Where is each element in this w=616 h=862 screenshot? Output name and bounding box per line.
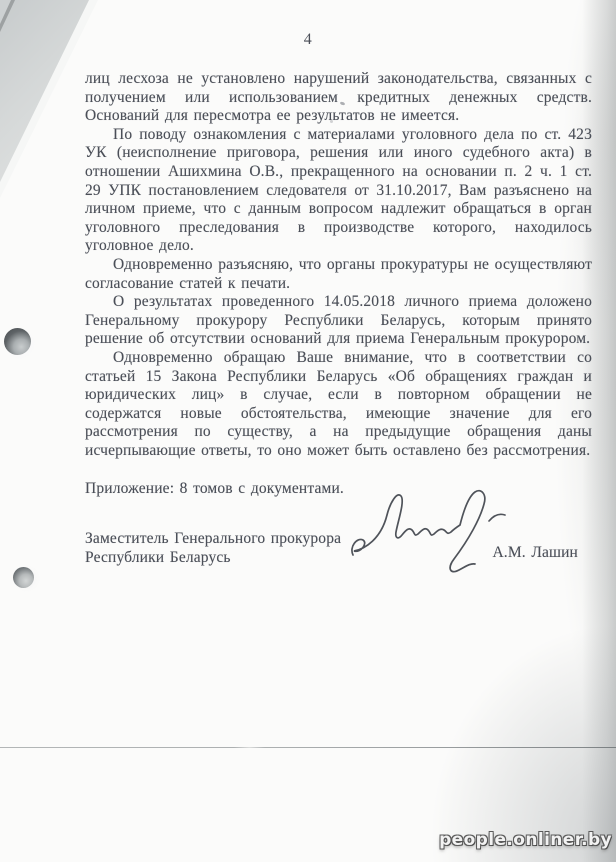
paragraph: лиц лесхоза не установлено нарушений зак… bbox=[85, 70, 592, 126]
signatory-title-line1: Заместитель Генерального прокурора bbox=[85, 530, 341, 549]
signatory-title: Заместитель Генерального прокурора Респу… bbox=[85, 530, 341, 567]
scanned-document-page: 4 лиц лесхоза не установлено нарушений з… bbox=[0, 0, 616, 862]
paragraph: Одновременно обращаю Ваше внимание, что … bbox=[85, 349, 592, 461]
page-number: 4 bbox=[0, 31, 616, 49]
letter-body: лиц лесхоза не установлено нарушений зак… bbox=[85, 70, 592, 567]
watermark-label: people.onliner.by bbox=[439, 830, 612, 850]
paragraph: По поводу ознакомления с материалами уго… bbox=[85, 126, 592, 256]
paper-crease-line bbox=[0, 747, 616, 748]
attachment-note: Приложение: 8 томов с документами. bbox=[85, 480, 592, 499]
signatory-name: А.М. Лашин bbox=[492, 544, 592, 563]
signature-block: Заместитель Генерального прокурора Респу… bbox=[85, 530, 592, 567]
punch-hole-bottom bbox=[13, 567, 34, 588]
punch-hole-top bbox=[4, 328, 31, 355]
paragraph: Одновременно разъясняю, что органы проку… bbox=[85, 256, 592, 293]
paragraph: О результатах проведенного 14.05.2018 ли… bbox=[85, 293, 592, 349]
signatory-title-line2: Республики Беларусь bbox=[85, 549, 341, 568]
